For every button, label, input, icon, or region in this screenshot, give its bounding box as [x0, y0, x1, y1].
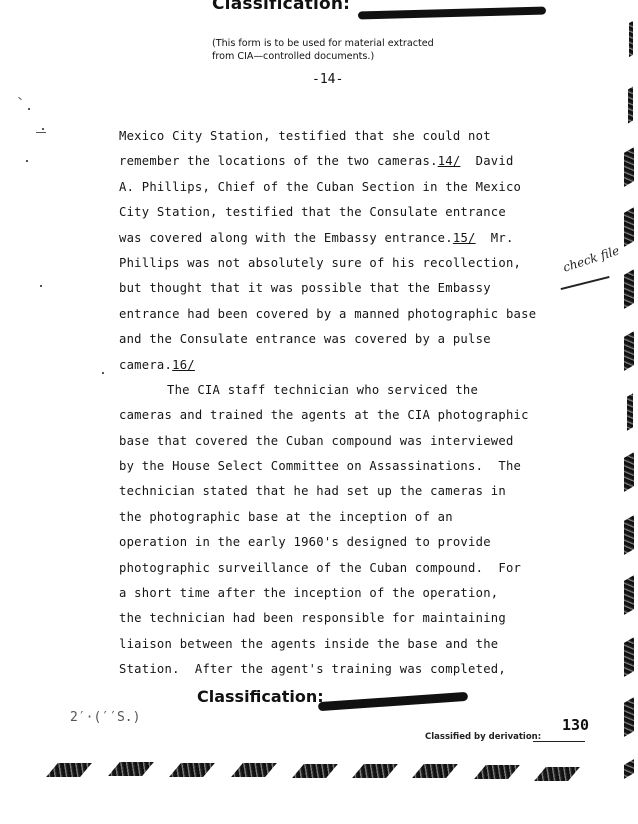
edge-hatch-mark: [624, 637, 634, 677]
text-line: Station. After the agent's training was …: [119, 657, 559, 682]
text-line: liaison between the agents inside the ba…: [119, 632, 559, 657]
derivation-line: [533, 741, 585, 742]
text-line-continuation: Mr.: [476, 231, 514, 245]
border-hatch-mark: [352, 764, 398, 778]
edge-hatch-mark: [624, 331, 634, 371]
text-line: a short time after the inception of the …: [119, 581, 559, 606]
edge-hatch-mark: [627, 393, 633, 430]
border-hatch-mark: [46, 763, 92, 777]
border-hatch-mark: [474, 765, 520, 779]
edge-hatch-mark: [624, 147, 634, 187]
header-classification-label: Classification:: [212, 0, 350, 14]
text-line: cameras and trained the agents at the CI…: [119, 403, 559, 428]
text-line: but thought that it was possible that th…: [119, 276, 559, 301]
scan-speck: [102, 372, 104, 374]
scan-speck: [26, 160, 28, 162]
text-line: by the House Select Committee on Assassi…: [119, 454, 559, 479]
edge-hatch-mark: [624, 269, 634, 309]
scan-speck: [28, 108, 30, 110]
text-line: camera.16/: [119, 353, 559, 378]
footnote-ref-16: 16/: [172, 358, 195, 372]
page-number: -14-: [312, 72, 343, 87]
text-line-content: camera.: [119, 358, 172, 372]
text-line: operation in the early 1960's designed t…: [119, 530, 559, 555]
border-hatch-mark: [169, 763, 215, 777]
text-line: photographic surveillance of the Cuban c…: [119, 556, 559, 581]
border-hatch-mark: [231, 763, 277, 777]
footnote-ref-14: 14/: [438, 154, 461, 168]
scan-speck: [40, 285, 42, 287]
text-line: technician stated that he had set up the…: [119, 479, 559, 504]
text-line: entrance had been covered by a manned ph…: [119, 302, 559, 327]
text-line: the photographic base at the inception o…: [119, 505, 559, 530]
document-number: 130: [562, 716, 589, 734]
handwritten-annotation: check file: [561, 243, 621, 274]
text-line: A. Phillips, Chief of the Cuban Section …: [119, 175, 559, 200]
form-note: (This form is to be used for material ex…: [212, 37, 492, 63]
scan-speck: [36, 132, 46, 133]
edge-hatch-mark: [624, 697, 634, 737]
form-note-line1: (This form is to be used for material ex…: [212, 37, 492, 50]
classified-by-label: Classified by derivation:: [425, 732, 541, 742]
text-line: and the Consulate entrance was covered b…: [119, 327, 559, 352]
redaction-bar-top: [358, 7, 546, 20]
footnote-ref-15: 15/: [453, 231, 476, 245]
text-line-continuation: David: [460, 154, 513, 168]
edge-hatch-mark: [624, 575, 634, 615]
border-hatch-mark: [108, 762, 154, 776]
text-line: Phillips was not absolutely sure of his …: [119, 251, 559, 276]
text-line: the technician had been responsible for …: [119, 606, 559, 631]
footer-classification-label: Classification:: [197, 687, 324, 706]
text-line: remember the locations of the two camera…: [119, 149, 559, 174]
text-line: City Station, testified that the Consula…: [119, 200, 559, 225]
scan-speck: [42, 128, 44, 130]
edge-hatch-mark: [629, 21, 633, 57]
scan-speck: [18, 97, 22, 100]
edge-hatch-mark: [624, 207, 634, 247]
edge-hatch-mark: [628, 87, 633, 124]
border-hatch-mark: [534, 767, 580, 781]
form-note-line2: from CIA—controlled documents.): [212, 50, 492, 63]
stamp-left: 2′·(′′S.): [70, 710, 140, 725]
text-line-content: remember the locations of the two camera…: [119, 154, 438, 168]
text-line: was covered along with the Embassy entra…: [119, 226, 559, 251]
body-text: Mexico City Station, testified that she …: [119, 124, 559, 683]
text-line: The CIA staff technician who serviced th…: [119, 378, 559, 403]
redaction-bar-bottom: [318, 692, 468, 711]
border-hatch-mark: [412, 764, 458, 778]
edge-hatch-mark: [624, 759, 634, 779]
edge-hatch-mark: [624, 515, 634, 555]
text-line: Mexico City Station, testified that she …: [119, 124, 559, 149]
edge-hatch-mark: [624, 452, 634, 492]
handwritten-underline: [561, 276, 610, 290]
text-line: base that covered the Cuban compound was…: [119, 429, 559, 454]
text-line-content: was covered along with the Embassy entra…: [119, 231, 453, 245]
border-hatch-mark: [292, 764, 338, 778]
